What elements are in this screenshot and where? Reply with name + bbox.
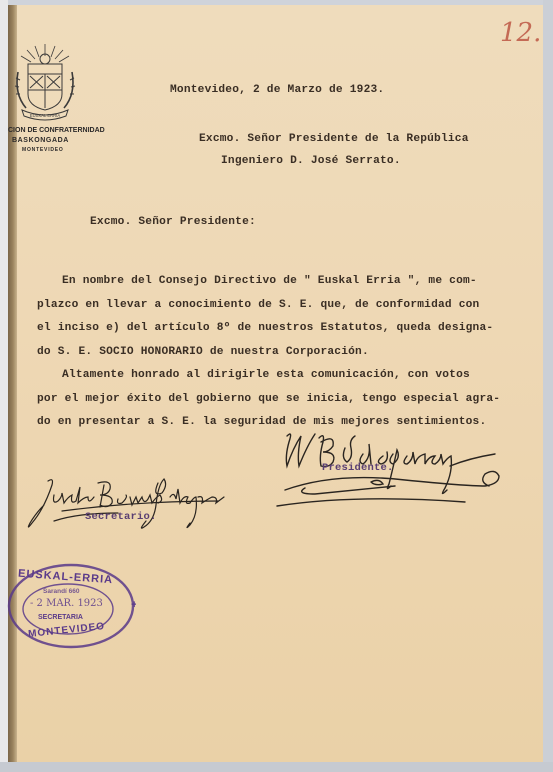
letterhead-line-2: BASKONGADA — [12, 137, 69, 144]
letterhead-line-3: MONTEVIDEO — [22, 147, 64, 153]
president-title: Presidente. — [322, 462, 394, 474]
president-signature — [275, 428, 525, 513]
stamp-date: - 2 MAR. 1923 — [30, 598, 103, 609]
body-line-5: Altamente honrado al dirigirle esta comu… — [62, 369, 470, 381]
body-line-3: el inciso e) del artículo 8º de nuestros… — [37, 322, 493, 334]
letterhead-line-1: CION DE CONFRATERNIDAD — [8, 127, 105, 134]
stamp-cross-icon: + — [131, 599, 136, 611]
stamp-middle-text: SECRETARIA — [38, 614, 83, 621]
scan-right-edge — [543, 0, 553, 772]
body-line-6: por el mejor éxito del gobierno que se i… — [37, 393, 500, 405]
body-line-7: do en presentar a S. E. la seguridad de … — [37, 416, 486, 428]
secretary-title: Secretario. — [85, 511, 157, 523]
stamp-address: Sarandí 660 — [43, 588, 80, 595]
coat-of-arms-icon: EUSKAL ERRIA — [10, 42, 80, 124]
scan-left-margin — [0, 0, 8, 772]
salutation: Excmo. Señor Presidente: — [90, 216, 256, 228]
addressee-line-2: Ingeniero D. José Serrato. — [221, 155, 401, 167]
date-line: Montevideo, 2 de Marzo de 1923. — [170, 84, 384, 96]
body-line-1: En nombre del Consejo Directivo de " Eus… — [62, 275, 477, 287]
scan-bottom-edge — [0, 762, 553, 772]
crest-label: EUSKAL ERRIA — [30, 113, 61, 118]
body-line-2: plazco en llevar a conocimiento de S. E.… — [37, 299, 479, 311]
addressee-line-1: Excmo. Señor Presidente de la República — [199, 133, 469, 145]
body-line-4: do S. E. SOCIO HONORARIO de nuestra Corp… — [37, 346, 369, 358]
secretary-signature — [18, 475, 233, 535]
page-number: 12. — [500, 18, 541, 48]
